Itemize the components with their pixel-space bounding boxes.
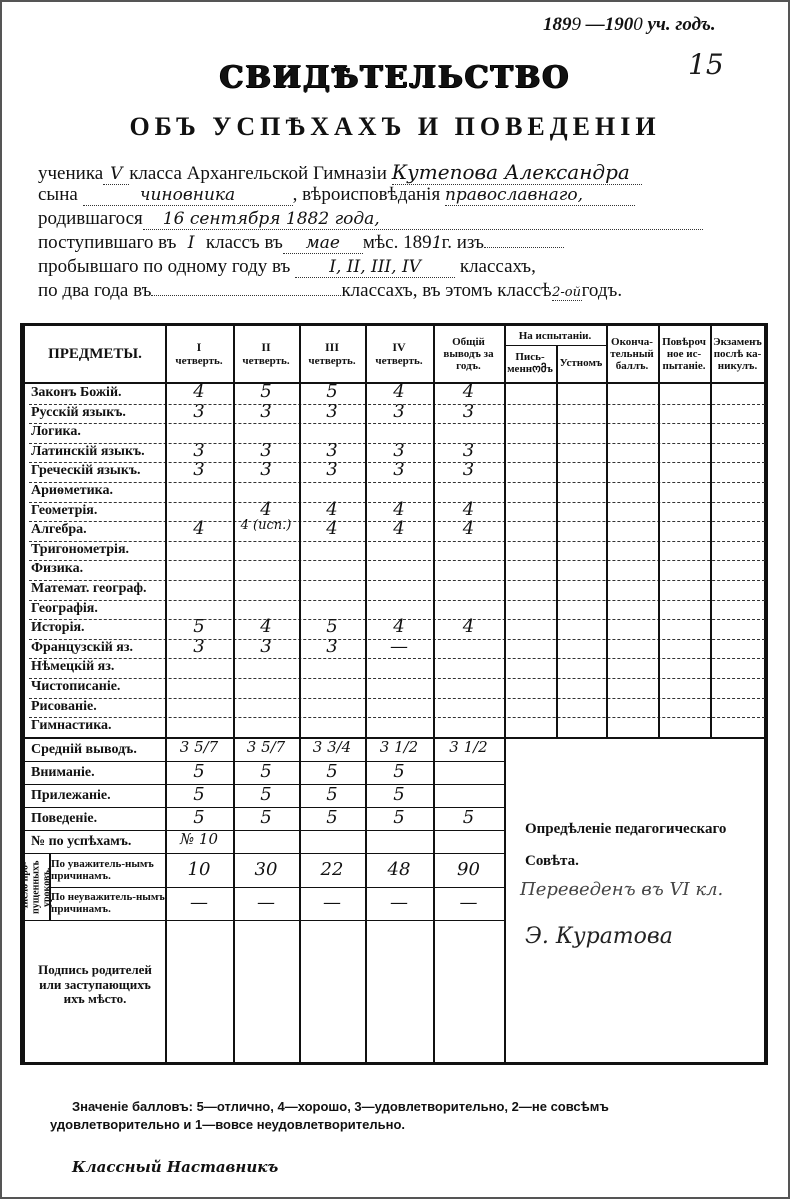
column-divider — [556, 345, 558, 737]
year-suffix: уч. годъ. — [648, 14, 716, 35]
subject-label: Гимнастика. — [31, 718, 112, 734]
summary-value: 5 — [365, 807, 433, 828]
missed-value: 22 — [299, 859, 365, 880]
grade-value: 3 — [299, 440, 365, 461]
grade-value: — — [365, 636, 433, 657]
label: поступившаго въ — [38, 232, 176, 253]
grade-value: 4 — [299, 518, 365, 539]
entry-month-field: мае — [283, 233, 363, 254]
council-title-2: Совѣта. — [525, 853, 579, 870]
subject-label: Французскій яз. — [31, 640, 133, 656]
summary-label: Вниманіе. — [31, 765, 95, 781]
grade-value: 3 — [233, 440, 299, 461]
grade-value: 3 — [165, 401, 233, 422]
summary-value: 5 — [299, 807, 365, 828]
label: пробывшаго по одному году въ — [38, 256, 290, 277]
document-subtitle: ОБЪ УСПѢХАХЪ И ПОВЕДЕНІИ — [0, 112, 790, 142]
year-end-handwritten: 0 — [633, 14, 643, 35]
council-signature: Э. Куратова — [525, 924, 673, 949]
two-year-classes-field — [151, 295, 341, 296]
summary-value: 5 — [165, 761, 233, 782]
row-divider — [29, 423, 765, 424]
missed-row-label: По уважитель-нымъ причинамъ. — [51, 854, 165, 887]
year-end-printed: —190 — [586, 14, 634, 35]
label: родившагося — [38, 208, 143, 229]
year-start-printed: 189 — [543, 14, 572, 35]
label: сына — [38, 184, 78, 205]
missed-value: — — [299, 892, 365, 913]
missed-value: — — [365, 892, 433, 913]
summary-value: 5 — [365, 761, 433, 782]
row-divider — [29, 541, 765, 542]
row-divider — [29, 658, 765, 659]
grade-value: 3 — [433, 401, 504, 422]
year-in-class-field: 2-ой — [552, 285, 582, 301]
summary-value: 5 — [365, 784, 433, 805]
missed-value: — — [233, 892, 299, 913]
summary-value: 5 — [299, 761, 365, 782]
label: мѣс. 189 — [363, 232, 432, 253]
column-divider — [365, 326, 367, 1062]
student-line-3: родившагося16 сентября 1882 года, — [38, 208, 703, 230]
entry-year-field: 1 — [432, 233, 442, 253]
summary-value: 5 — [233, 807, 299, 828]
summary-value: 5 — [165, 807, 233, 828]
subject-label: Рисованіе. — [31, 699, 97, 715]
column-divider — [165, 326, 167, 1062]
father-rank-field: чиновника — [83, 185, 293, 206]
missed-value: — — [165, 892, 233, 913]
grade-value: 4 — [433, 499, 504, 520]
student-line-2: сына чиновника, вѣроисповѣданія правосла… — [38, 184, 635, 206]
grade-value: 3 — [299, 636, 365, 657]
grade-value: 5 — [299, 616, 365, 637]
column-divider — [433, 326, 435, 1062]
missed-value: 90 — [433, 859, 504, 880]
column-header-2: IIчетверть. — [233, 328, 299, 380]
subject-label: Геометрія. — [31, 503, 97, 519]
grade-value: 4 — [233, 499, 299, 520]
student-line-4: поступившаго въ I классъ въмаемѣс. 1891г… — [38, 232, 564, 254]
subject-label: Исторія. — [31, 620, 85, 636]
grade-value: 3 — [299, 459, 365, 480]
subject-label: Логика. — [31, 424, 81, 440]
label: ученика — [38, 163, 103, 184]
religion-field: православнаго, — [445, 185, 635, 206]
council-decision: Переведенъ въ VI кл. — [520, 879, 723, 900]
column-divider — [504, 326, 506, 1062]
grade-value: 3 — [233, 459, 299, 480]
summary-label: Поведеніе. — [31, 811, 97, 827]
subject-label: Русскій языкъ. — [31, 405, 126, 421]
missed-row-label: По неуважитель-нымъ причинамъ. — [51, 887, 165, 920]
row-divider — [29, 560, 765, 561]
student-line-1: ученикаVкласса Архангельской Гимназіи Ку… — [38, 160, 642, 185]
summary-value: 3 5/7 — [233, 738, 299, 756]
row-divider — [29, 482, 765, 483]
exam-written-header: Пись-меннომъ — [504, 346, 556, 380]
grade-value: 4 — [365, 616, 433, 637]
subject-label: Законъ Божій. — [31, 385, 122, 401]
label: классахъ, въ этомъ классѣ — [341, 280, 551, 301]
column-header-1: Iчетверть. — [165, 328, 233, 380]
subject-label: Физика. — [31, 561, 83, 577]
summary-divider-right — [504, 737, 765, 739]
recheck-header: Повѣроч ное ис-пытаніе. — [658, 328, 710, 380]
grade-value: 4 — [365, 381, 433, 402]
grade-legend: Значеніе балловъ: 5—отлично, 4—хорошо, 3… — [50, 1098, 730, 1133]
missed-lessons-label: Число про-пущенныхъ уроковъ. — [25, 854, 47, 920]
subject-label: Алгебра. — [31, 522, 87, 538]
summary-value: 5 — [233, 761, 299, 782]
grade-value: 4 — [365, 499, 433, 520]
grade-value: 3 — [365, 401, 433, 422]
column-header-5: Общій выводъ за годъ. — [433, 328, 504, 380]
subject-label: Греческій языкъ. — [31, 463, 141, 479]
summary-label: № по успѣхамъ. — [31, 834, 131, 850]
subject-label: Чистописаніе. — [31, 679, 120, 695]
grade-value: 3 — [365, 440, 433, 461]
summary-value: № 10 — [165, 830, 233, 848]
summary-value: 3 1/2 — [365, 738, 433, 756]
student-line-5: пробывшаго по одному году въ I, II, III,… — [38, 256, 536, 278]
column-divider — [233, 326, 235, 1062]
grade-value: 4 — [365, 518, 433, 539]
class-mentor-label: Классный Наставникъ — [72, 1158, 278, 1176]
summary-label: Прилежаніе. — [31, 788, 111, 804]
subject-label: Ариѳметика. — [31, 483, 113, 499]
grade-value: 3 — [299, 401, 365, 422]
column-header-3: IIIчетверть. — [299, 328, 365, 380]
label: по два года въ — [38, 280, 151, 301]
summary-value: 5 — [433, 807, 504, 828]
column-divider — [710, 326, 712, 737]
entry-class-field: I — [181, 233, 201, 253]
subject-label: Латинскій языкъ. — [31, 444, 145, 460]
label: классахъ, — [460, 256, 536, 277]
transfer-from-field — [484, 247, 564, 248]
final-grade-header: Оконча-тельный баллъ. — [606, 328, 658, 380]
subject-label: Математ. географ. — [31, 581, 147, 597]
column-divider — [606, 326, 608, 737]
label: классъ въ — [206, 232, 283, 253]
missed-value: 48 — [365, 859, 433, 880]
grade-value: 3 — [233, 401, 299, 422]
council-title: Опредѣленіе педагогическаго — [525, 821, 726, 838]
grades-table: ПРЕДМЕТЫ. Iчетверть.IIчетверть.IIIчетвер… — [20, 323, 768, 1065]
grade-value: 3 — [433, 440, 504, 461]
column-divider — [658, 326, 660, 737]
grade-value: 4 — [165, 518, 233, 539]
school-year: 1899 —1900 уч. годъ. — [543, 14, 716, 36]
grade-value: 3 — [433, 459, 504, 480]
grade-value: 4 — [299, 499, 365, 520]
subject-label: Тригонометрія. — [31, 542, 129, 558]
grade-value: 3 — [165, 636, 233, 657]
summary-value: 5 — [165, 784, 233, 805]
year-start-handwritten: 9 — [572, 14, 582, 35]
row-divider — [29, 698, 765, 699]
label: , вѣроисповѣданія — [293, 184, 441, 205]
summary-value: 3 1/2 — [433, 738, 504, 756]
student-name-field: Кутепова Александра — [392, 160, 642, 185]
grade-value: 5 — [233, 381, 299, 402]
student-line-6: по два года въклассахъ, въ этомъ классѣ2… — [38, 280, 622, 302]
class-number-field: V — [103, 164, 129, 185]
label: г. изъ — [442, 232, 484, 253]
missed-value: 30 — [233, 859, 299, 880]
row-divider — [29, 600, 765, 601]
exam-header: На испытаніи. — [504, 328, 606, 344]
grade-value: 4 — [165, 381, 233, 402]
subject-label: Нѣмецкій яз. — [31, 659, 114, 675]
summary-value: 3 5/7 — [165, 738, 233, 756]
exam-divider — [504, 345, 606, 346]
grade-value: 5 — [299, 381, 365, 402]
label: годъ. — [582, 280, 623, 301]
grade-value: 4 — [433, 381, 504, 402]
grade-value: 3 — [165, 440, 233, 461]
missed-value: — — [433, 892, 504, 913]
grade-value: 3 — [233, 636, 299, 657]
exam-oral-header: Устномъ — [556, 346, 606, 380]
subjects-header: ПРЕДМЕТЫ. — [25, 326, 165, 382]
one-year-classes-field: I, II, III, IV — [295, 257, 455, 278]
grade-value: 3 — [165, 459, 233, 480]
row-divider — [29, 717, 765, 718]
row-divider — [29, 678, 765, 679]
summary-label: Средній выводъ. — [31, 742, 137, 758]
grade-value: 4 (исп.) — [233, 518, 299, 533]
grade-value: 3 — [365, 459, 433, 480]
subject-label: Географія. — [31, 601, 98, 617]
summary-value: 5 — [299, 784, 365, 805]
label: класса Архангельской Гимназіи — [129, 163, 387, 184]
column-header-4: IVчетверть. — [365, 328, 433, 380]
missed-value: 10 — [165, 859, 233, 880]
grade-value: 4 — [433, 616, 504, 637]
grade-value: 4 — [233, 616, 299, 637]
birth-date-field: 16 сентября 1882 года, — [143, 209, 703, 230]
grade-value: 5 — [165, 616, 233, 637]
column-divider — [299, 326, 301, 1062]
document-title: СВИДѢТЕЛЬСТВО — [0, 60, 790, 95]
summary-value: 5 — [233, 784, 299, 805]
summary-value: 3 3/4 — [299, 738, 365, 756]
after-vacation-header: Экзаменъ послѣ ка-никулъ. — [710, 328, 765, 380]
parents-signature-label: Подпись родителей или заступающихъ ихъ м… — [27, 945, 163, 1025]
grade-value: 4 — [433, 518, 504, 539]
